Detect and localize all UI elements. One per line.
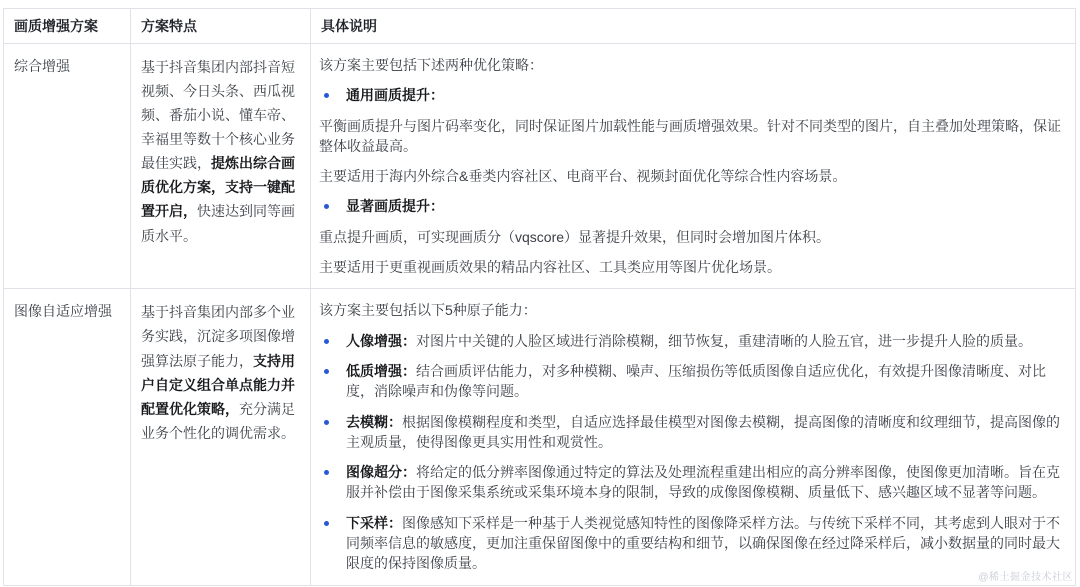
bullet-item: 显著画质提升： bbox=[319, 196, 1065, 216]
detail-paragraph: 该方案主要包括以下5种原子能力： bbox=[319, 300, 1065, 320]
bullet-term: 低质增强： bbox=[346, 363, 416, 379]
column-header: 画质增强方案 bbox=[4, 9, 131, 44]
bullet-icon bbox=[324, 204, 329, 209]
bullet-item: 人像增强：对图片中关键的人脸区域进行消除模糊，细节恢复，重建清晰的人脸五官，进一… bbox=[319, 331, 1065, 351]
enhancement-scheme-table: 画质增强方案方案特点具体说明 综合增强基于抖音集团内部抖音短视频、今日头条、西瓜… bbox=[3, 8, 1076, 586]
bullet-icon bbox=[324, 369, 329, 374]
column-header: 具体说明 bbox=[311, 9, 1076, 44]
bullet-text: 结合画质评估能力，对多种模糊、噪声、压缩损伤等低质图像自适应优化，有效提升图像清… bbox=[346, 363, 1046, 399]
bullet-item: 通用画质提升： bbox=[319, 85, 1065, 105]
bullet-icon bbox=[324, 93, 329, 98]
table-row: 图像自适应增强基于抖音集团内部多个业务实践，沉淀多项图像增强算法原子能力，支持用… bbox=[4, 289, 1076, 585]
bullet-text: 将给定的低分辨率图像通过特定的算法及处理流程重建出相应的高分辨率图像，使图像更加… bbox=[346, 464, 1060, 500]
detail-paragraph: 主要适用于海内外综合&垂类内容社区、电商平台、视频封面优化等综合性内容场景。 bbox=[319, 166, 1065, 186]
bullet-item: 下采样：图像感知下采样是一种基于人类视觉感知特性的图像降采样方法。与传统下采样不… bbox=[319, 513, 1065, 574]
bullet-icon bbox=[324, 521, 329, 526]
scheme-features-cell: 基于抖音集团内部抖音短视频、今日头条、西瓜视频、番茄小说、懂车帝、幸福里等数十个… bbox=[131, 44, 311, 289]
scheme-details-cell: 该方案主要包括下述两种优化策略：通用画质提升：平衡画质提升与图片码率变化，同时保… bbox=[311, 44, 1076, 289]
detail-paragraph: 平衡画质提升与图片码率变化，同时保证图片加载性能与画质增强效果。针对不同类型的图… bbox=[319, 116, 1065, 157]
table-row: 综合增强基于抖音集团内部抖音短视频、今日头条、西瓜视频、番茄小说、懂车帝、幸福里… bbox=[4, 44, 1076, 289]
watermark: @稀土掘金技术社区 bbox=[978, 568, 1073, 583]
bullet-term: 人像增强： bbox=[346, 333, 416, 349]
scheme-details-cell: 该方案主要包括以下5种原子能力：人像增强：对图片中关键的人脸区域进行消除模糊，细… bbox=[311, 289, 1076, 585]
enhancement-scheme-table-wrap: 画质增强方案方案特点具体说明 综合增强基于抖音集团内部抖音短视频、今日头条、西瓜… bbox=[3, 8, 1076, 586]
scheme-name-cell: 图像自适应增强 bbox=[4, 289, 131, 585]
detail-paragraph: 该方案主要包括下述两种优化策略： bbox=[319, 55, 1065, 75]
bullet-item: 去模糊：根据图像模糊程度和类型，自适应选择最佳模型对图像去模糊，提高图像的清晰度… bbox=[319, 412, 1065, 453]
bullet-icon bbox=[324, 420, 329, 425]
scheme-name-cell: 综合增强 bbox=[4, 44, 131, 289]
table-body: 综合增强基于抖音集团内部抖音短视频、今日头条、西瓜视频、番茄小说、懂车帝、幸福里… bbox=[4, 44, 1076, 586]
bullet-text: 对图片中关键的人脸区域进行消除模糊，细节恢复，重建清晰的人脸五官，进一步提升人脸… bbox=[416, 333, 1032, 349]
bullet-item: 图像超分：将给定的低分辨率图像通过特定的算法及处理流程重建出相应的高分辨率图像，… bbox=[319, 462, 1065, 503]
bullet-term: 去模糊： bbox=[346, 414, 402, 430]
bullet-term: 显著画质提升： bbox=[346, 198, 444, 214]
header-row: 画质增强方案方案特点具体说明 bbox=[4, 9, 1076, 44]
bullet-text: 根据图像模糊程度和类型，自适应选择最佳模型对图像去模糊，提高图像的清晰度和纹理细… bbox=[346, 414, 1060, 450]
bullet-icon bbox=[324, 339, 329, 344]
detail-paragraph: 主要适用于更重视画质效果的精品内容社区、工具类应用等图片优化场景。 bbox=[319, 257, 1065, 277]
bullet-term: 下采样： bbox=[346, 515, 402, 531]
bullet-text: 图像感知下采样是一种基于人类视觉感知特性的图像降采样方法。与传统下采样不同，其考… bbox=[346, 515, 1060, 572]
bullet-icon bbox=[324, 470, 329, 475]
column-header: 方案特点 bbox=[131, 9, 311, 44]
detail-paragraph: 重点提升画质，可实现画质分（vqscore）显著提升效果，但同时会增加图片体积。 bbox=[319, 227, 1065, 247]
scheme-features-cell: 基于抖音集团内部多个业务实践，沉淀多项图像增强算法原子能力，支持用户自定义组合单… bbox=[131, 289, 311, 585]
bullet-item: 低质增强：结合画质评估能力，对多种模糊、噪声、压缩损伤等低质图像自适应优化，有效… bbox=[319, 361, 1065, 402]
bullet-term: 图像超分： bbox=[346, 464, 416, 480]
bullet-term: 通用画质提升： bbox=[346, 87, 444, 103]
